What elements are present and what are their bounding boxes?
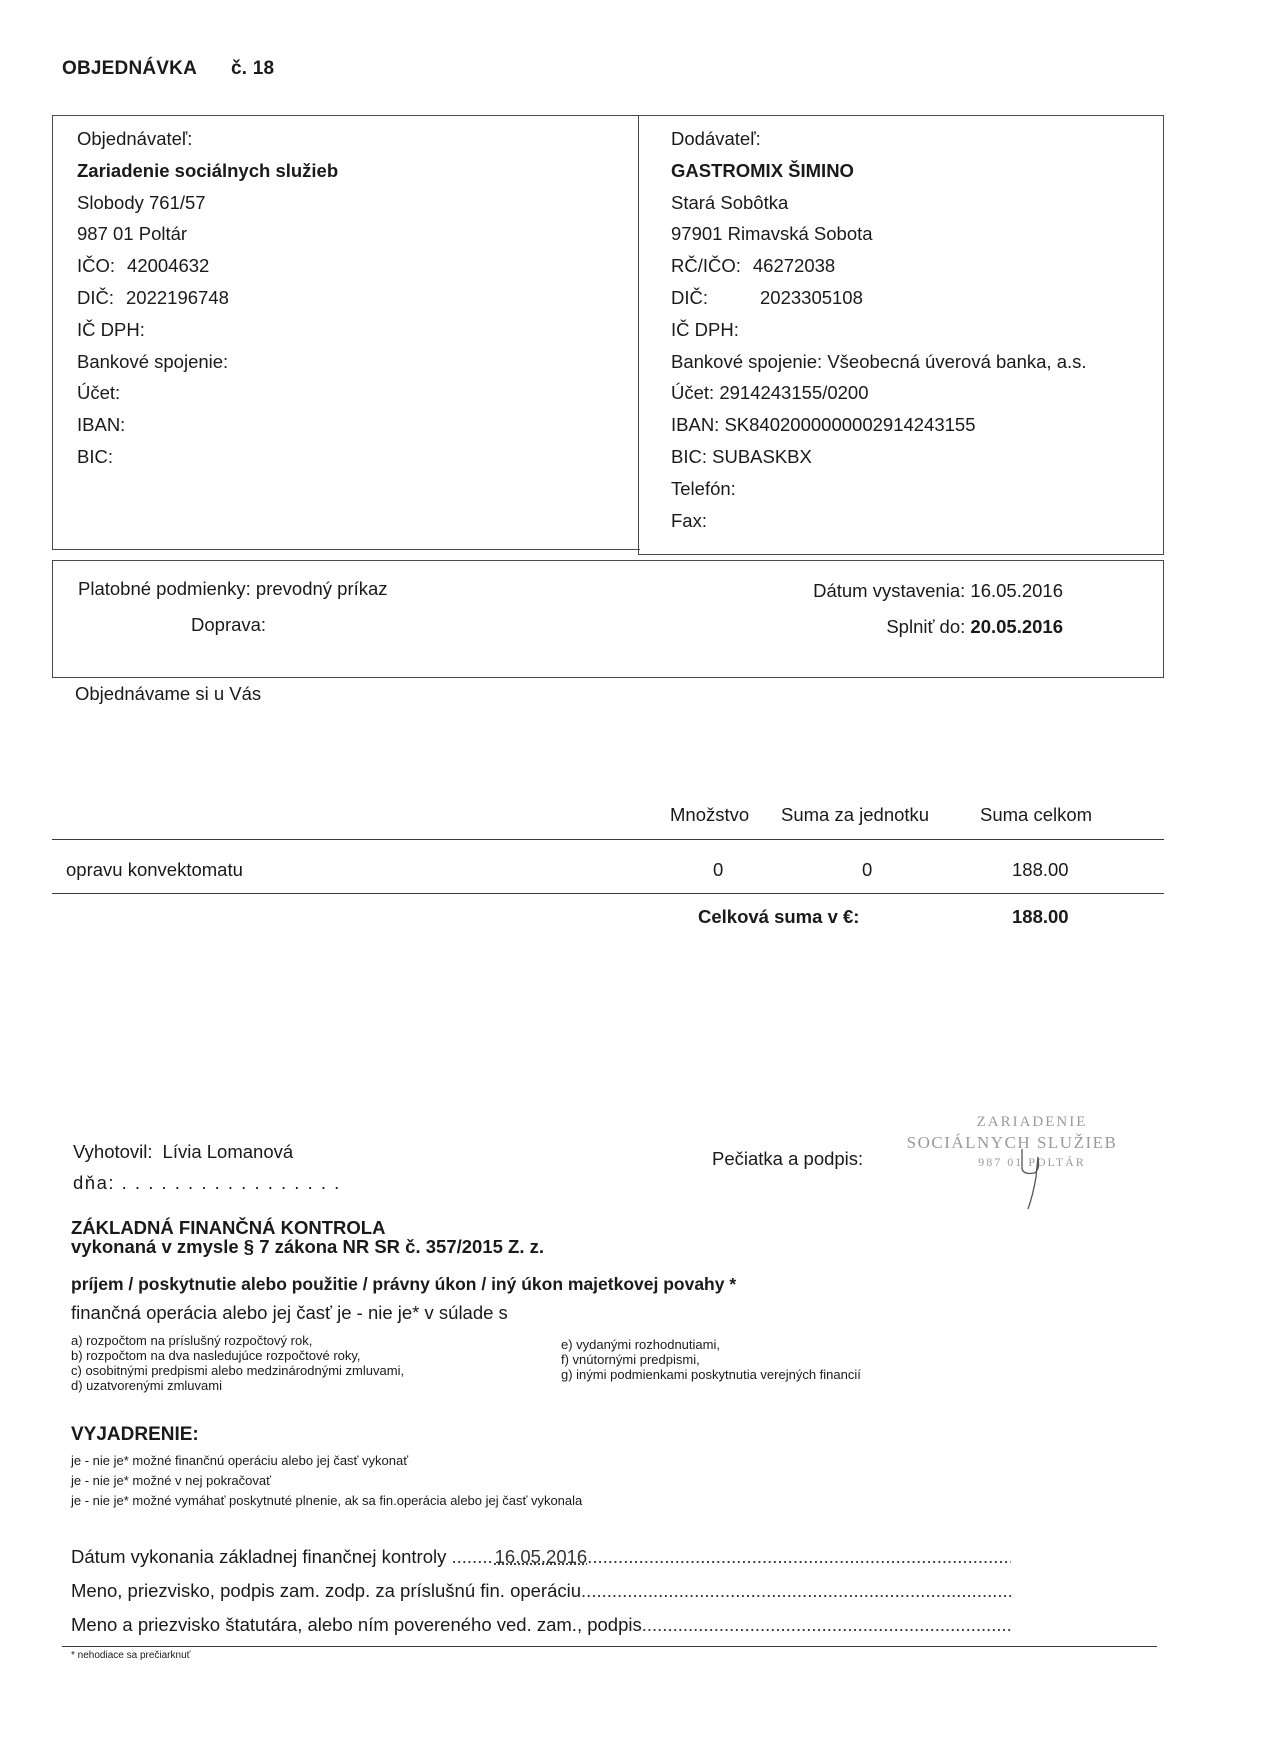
payment-terms-value: prevodný príkaz (256, 578, 388, 599)
on-day: dňa: . . . . . . . . . . . . . . . . . (73, 1172, 341, 1194)
supplier-fax-label: Fax: (671, 505, 1087, 537)
opinion-title: VYJADRENIE: (71, 1424, 199, 1446)
list-item: b) rozpočtom na dva nasledujúce rozpočto… (71, 1348, 404, 1363)
terms-box: Platobné podmienky: prevodný príkaz Dopr… (52, 560, 1164, 678)
table-header-divider (52, 839, 1164, 840)
supplier-account-row: Účet: 2914243155/0200 (671, 377, 1087, 409)
financial-control-subtitle: vykonaná v zmysle § 7 zákona NR SR č. 35… (71, 1236, 544, 1258)
supplier-dic-row: DIČ:2023305108 (671, 282, 1087, 314)
on-day-dots: . . . . . . . . . . . . . . . . . (122, 1172, 341, 1193)
list-item: d) uzatvorenými zmluvami (71, 1378, 404, 1393)
footnote: * nehodiace sa prečiarknuť (71, 1650, 190, 1661)
supplier-dic: 2023305108 (760, 287, 863, 308)
grand-total-label: Celková suma v €: (698, 906, 859, 928)
orderer-box: Objednávateľ: Zariadenie sociálnych služ… (52, 115, 640, 550)
transport-label: Doprava: (191, 614, 266, 636)
responsible-line: Meno, priezvisko, podpis zam. zodp. za p… (71, 1574, 1011, 1608)
orderer-ico-label: IČO: (77, 255, 115, 276)
due-date: Splniť do: 20.05.2016 (886, 616, 1063, 638)
order-number: č. 18 (231, 58, 274, 79)
prepared-by-name: Lívia Lomanová (163, 1141, 294, 1162)
stamp-signature-label: Pečiatka a podpis: (712, 1148, 863, 1170)
supplier-bank: Všeobecná úverová banka, a.s. (827, 351, 1086, 372)
orderer-city: 987 01 Poltár (77, 218, 338, 250)
document-title-text: OBJEDNÁVKA (62, 58, 197, 79)
supplier-bic: SUBASKBX (712, 446, 812, 467)
control-date-line: Dátum vykonania základnej finančnej kont… (71, 1540, 1011, 1574)
official-stamp: ZARIADENIE SOCIÁLNYCH SLUŽIEB 987 01 POL… (892, 1114, 1132, 1200)
prepared-by: Vyhotovil:Lívia Lomanová (73, 1141, 293, 1163)
control-date-value: 16.05.2016 (495, 1546, 588, 1567)
due-date-label: Splniť do: (886, 616, 965, 637)
dot-leader: ........................................… (581, 1574, 1011, 1608)
issue-date-value: 16.05.2016 (970, 580, 1063, 601)
supplier-city: 97901 Rimavská Sobota (671, 218, 1087, 250)
statutory-line: Meno a priezvisko štatutára, alebo ním p… (71, 1608, 1011, 1642)
column-header-unit-price: Suma za jednotku (781, 804, 929, 826)
responsible-label: Meno, priezvisko, podpis zam. zodp. za p… (71, 1574, 581, 1608)
orderer-dic-label: DIČ: (77, 287, 114, 308)
item-quantity: 0 (713, 859, 723, 881)
list-item: c) osobitnými predpismi alebo medzinárod… (71, 1363, 404, 1378)
item-unit-price: 0 (862, 859, 872, 881)
list-item: je - nie je* možné v nej pokračovať (71, 1471, 582, 1491)
orderer-account-label: Účet: (77, 377, 338, 409)
supplier-bank-row: Bankové spojenie: Všeobecná úverová bank… (671, 346, 1087, 378)
footer-divider (62, 1646, 1157, 1647)
supplier-account: 2914243155/0200 (719, 382, 868, 403)
orderer-street: Slobody 761/57 (77, 187, 338, 219)
issue-date-label: Dátum vystavenia: (813, 580, 965, 601)
supplier-street: Stará Sobôtka (671, 187, 1087, 219)
payment-terms-label: Platobné podmienky: (78, 578, 251, 599)
supplier-ico-label: RČ/IČO: (671, 255, 741, 276)
control-signature-lines: Dátum vykonania základnej finančnej kont… (71, 1540, 1011, 1642)
orderer-ic-dph-label: IČ DPH: (77, 314, 338, 346)
orderer-name: Zariadenie sociálnych služieb (77, 155, 338, 187)
due-date-value: 20.05.2016 (970, 616, 1063, 637)
compliance-list-left: a) rozpočtom na príslušný rozpočtový rok… (71, 1333, 404, 1393)
supplier-iban: SK8402000000002914243155 (724, 414, 975, 435)
supplier-heading: Dodávateľ: (671, 123, 1087, 155)
dot-leader: ........................................… (642, 1608, 1011, 1642)
compliance-list-right: e) vydanými rozhodnutiami, f) vnútornými… (561, 1337, 861, 1382)
column-header-quantity: Množstvo (670, 804, 749, 826)
orderer-heading: Objednávateľ: (77, 123, 338, 155)
supplier-ic-dph-label: IČ DPH: (671, 314, 1087, 346)
dot-leader: ........16.05.2016......................… (446, 1540, 1011, 1574)
supplier-bank-label: Bankové spojenie: (671, 351, 822, 372)
item-total: 188.00 (1012, 859, 1069, 881)
orderer-bank-label: Bankové spojenie: (77, 346, 338, 378)
supplier-ico: 46272038 (753, 255, 835, 276)
orderer-ico-row: IČO:42004632 (77, 250, 338, 282)
issue-date: Dátum vystavenia: 16.05.2016 (813, 580, 1063, 602)
orderer-ico: 42004632 (127, 255, 209, 276)
control-date-label: Dátum vykonania základnej finančnej kont… (71, 1540, 446, 1574)
stamp-line-1: ZARIADENIE (932, 1114, 1132, 1131)
compliance-statement: finančná operácia alebo jej časť je - ni… (71, 1302, 508, 1324)
order-intro: Objednávame si u Vás (75, 683, 261, 705)
supplier-iban-label: IBAN: (671, 414, 719, 435)
grand-total-value: 188.00 (1012, 906, 1069, 928)
item-description: opravu konvektomatu (66, 859, 243, 881)
supplier-dic-label: DIČ: (671, 287, 708, 308)
orderer-dic: 2022196748 (126, 287, 229, 308)
orderer-iban-label: IBAN: (77, 409, 338, 441)
list-item: e) vydanými rozhodnutiami, (561, 1337, 861, 1352)
supplier-ico-row: RČ/IČO:46272038 (671, 250, 1087, 282)
document-title: OBJEDNÁVKAč. 18 (62, 58, 274, 80)
orderer-bic-label: BIC: (77, 441, 338, 473)
table-row-divider (52, 893, 1164, 894)
supplier-bic-row: BIC: SUBASKBX (671, 441, 1087, 473)
supplier-bic-label: BIC: (671, 446, 707, 467)
list-item: je - nie je* možné finančnú operáciu ale… (71, 1451, 582, 1471)
supplier-name: GASTROMIX ŠIMINO (671, 155, 1087, 187)
opinion-list: je - nie je* možné finančnú operáciu ale… (71, 1451, 582, 1511)
orderer-details: Objednávateľ: Zariadenie sociálnych služ… (77, 123, 338, 473)
on-day-label: dňa: (73, 1172, 115, 1193)
financial-control-title: ZÁKLADNÁ FINANČNÁ KONTROLA (71, 1218, 385, 1237)
column-header-total: Suma celkom (980, 804, 1092, 826)
operation-types: príjem / poskytnutie alebo použitie / pr… (71, 1274, 736, 1295)
stamp-line-2: SOCIÁLNYCH SLUŽIEB (892, 1133, 1132, 1153)
orderer-dic-row: DIČ:2022196748 (77, 282, 338, 314)
payment-terms: Platobné podmienky: prevodný príkaz (78, 578, 388, 600)
list-item: f) vnútornými predpismi, (561, 1352, 861, 1367)
statutory-label: Meno a priezvisko štatutára, alebo ním p… (71, 1608, 642, 1642)
supplier-iban-row: IBAN: SK8402000000002914243155 (671, 409, 1087, 441)
supplier-phone-label: Telefón: (671, 473, 1087, 505)
supplier-details: Dodávateľ: GASTROMIX ŠIMINO Stará Sobôtk… (671, 123, 1087, 536)
list-item: a) rozpočtom na príslušný rozpočtový rok… (71, 1333, 404, 1348)
handwritten-signature-icon (1016, 1147, 1046, 1211)
prepared-by-label: Vyhotovil: (73, 1141, 153, 1162)
supplier-account-label: Účet: (671, 382, 714, 403)
list-item: g) inými podmienkami poskytnutia verejný… (561, 1367, 861, 1382)
list-item: je - nie je* možné vymáhať poskytnuté pl… (71, 1491, 582, 1511)
supplier-box: Dodávateľ: GASTROMIX ŠIMINO Stará Sobôtk… (638, 115, 1164, 555)
